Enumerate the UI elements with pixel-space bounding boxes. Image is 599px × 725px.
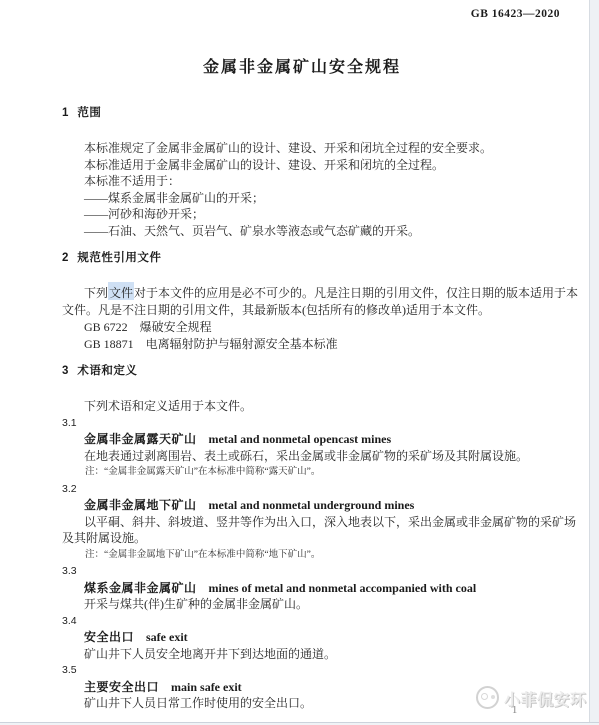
highlighted-text: 文件 bbox=[108, 286, 134, 300]
term-title-zh: 主要安全出口 bbox=[84, 680, 159, 694]
term-note: 注：“金属非金属露天矿山”在本标准中简称“露天矿山”。 bbox=[85, 464, 585, 481]
section-number: 3 bbox=[62, 365, 68, 377]
paragraph: 本标准适用于金属非金属矿山的设计、建设、开采和闭坑的全过程。 bbox=[62, 157, 585, 174]
section-heading: 3术语和定义 bbox=[62, 364, 585, 378]
reference-row: GB 18871电离辐射防护与辐射源安全基本标准 bbox=[84, 336, 585, 353]
list-item: ——煤系金属非金属矿山的开采； bbox=[62, 190, 585, 207]
term-definition: 矿山井下人员安全地离开井下到达地面的通道。 bbox=[62, 646, 585, 663]
term-block: 3.2 金属非金属地下矿山metal and nonmetal undergro… bbox=[62, 481, 585, 564]
paragraph: 下列文件对于本文件的应用是必不可少的。凡是注日期的引用文件，仅注日期的版本适用于… bbox=[62, 285, 585, 319]
term-number: 3.5 bbox=[62, 662, 585, 679]
reference-code: GB 6722 bbox=[84, 320, 128, 334]
term-number: 3.3 bbox=[62, 563, 585, 580]
term-number: 3.4 bbox=[62, 613, 585, 630]
term-block: 3.1 金属非金属露天矿山metal and nonmetal opencast… bbox=[62, 415, 585, 481]
list-item: ——河砂和海砂开采； bbox=[62, 206, 585, 223]
term-title: 金属非金属露天矿山metal and nonmetal opencast min… bbox=[84, 431, 585, 448]
paragraph: 本标准不适用于： bbox=[62, 173, 585, 190]
section-heading: 1范围 bbox=[62, 106, 585, 120]
reference-title: 电离辐射防护与辐射源安全基本标准 bbox=[146, 337, 338, 351]
term-title-en: metal and nonmetal underground mines bbox=[209, 498, 415, 512]
term-title-en: main safe exit bbox=[171, 680, 242, 694]
term-title: 煤系金属非金属矿山mines of metal and nonmetal acc… bbox=[84, 580, 585, 597]
section-heading-label: 规范性引用文件 bbox=[77, 252, 161, 264]
term-number: 3.1 bbox=[62, 415, 585, 432]
paragraph-text: 下列 bbox=[84, 286, 108, 300]
watermark-logo-icon bbox=[476, 686, 499, 709]
term-definition: 在地表通过剥离围岩、表土或砾石，采出金属或非金属矿物的采矿场及其附属设施。 bbox=[62, 448, 585, 465]
section-number: 2 bbox=[62, 252, 68, 264]
term-title-zh: 金属非金属地下矿山 bbox=[84, 498, 197, 512]
page-number: 1 bbox=[512, 705, 517, 716]
term-note: 注：“金属非金属地下矿山”在本标准中简称“地下矿山”。 bbox=[85, 547, 585, 564]
reference-code: GB 18871 bbox=[84, 337, 134, 351]
section-heading-label: 范围 bbox=[77, 107, 101, 119]
term-title: 金属非金属地下矿山metal and nonmetal underground … bbox=[84, 497, 585, 514]
watermark: 小菲侃安环 bbox=[476, 685, 588, 711]
section-number: 1 bbox=[62, 107, 68, 119]
section-terms-definitions: 3术语和定义 下列术语和定义适用于本文件。 3.1 金属非金属露天矿山metal… bbox=[62, 364, 585, 712]
standard-code: GB 16423—2020 bbox=[471, 8, 560, 20]
section-normative-references: 2规范性引用文件 下列文件对于本文件的应用是必不可少的。凡是注日期的引用文件，仅… bbox=[62, 251, 585, 352]
term-title-en: mines of metal and nonmetal accompanied … bbox=[209, 581, 477, 595]
page-right-edge bbox=[589, 0, 599, 725]
paragraph: 本标准规定了金属非金属矿山的设计、建设、开采和闭坑全过程的安全要求。 bbox=[62, 140, 585, 157]
section-heading-label: 术语和定义 bbox=[77, 365, 137, 377]
term-title-zh: 煤系金属非金属矿山 bbox=[84, 581, 197, 595]
list-item: ——石油、天然气、页岩气、矿泉水等液态或气态矿藏的开采。 bbox=[62, 223, 585, 240]
paragraph: 下列术语和定义适用于本文件。 bbox=[62, 398, 585, 415]
document-page: GB 16423—2020 金属非金属矿山安全规程 1范围 本标准规定了金属非金… bbox=[0, 0, 599, 725]
term-title: 安全出口safe exit bbox=[84, 629, 585, 646]
term-title-zh: 金属非金属露天矿山 bbox=[84, 432, 197, 446]
term-block: 3.3 煤系金属非金属矿山mines of metal and nonmetal… bbox=[62, 563, 585, 613]
term-block: 3.4 安全出口safe exit 矿山井下人员安全地离开井下到达地面的通道。 bbox=[62, 613, 585, 663]
document-title: 金属非金属矿山安全规程 bbox=[62, 54, 542, 77]
section-heading: 2规范性引用文件 bbox=[62, 251, 585, 265]
section-scope: 1范围 本标准规定了金属非金属矿山的设计、建设、开采和闭坑全过程的安全要求。 本… bbox=[62, 106, 585, 239]
term-definition: 开采与煤共(伴)生矿种的金属非金属矿山。 bbox=[62, 596, 585, 613]
term-number: 3.2 bbox=[62, 481, 585, 498]
term-title-en: metal and nonmetal opencast mines bbox=[209, 432, 392, 446]
reference-row: GB 6722爆破安全规程 bbox=[84, 319, 585, 336]
term-title-en: safe exit bbox=[146, 630, 188, 644]
reference-title: 爆破安全规程 bbox=[140, 320, 212, 334]
terms-list: 3.1 金属非金属露天矿山metal and nonmetal opencast… bbox=[62, 415, 585, 712]
term-title-zh: 安全出口 bbox=[84, 630, 134, 644]
paragraph-text: 对于本文件的应用是必不可少的。凡是注日期的引用文件，仅注日期的版本适用于本文件。… bbox=[62, 286, 578, 317]
term-definition: 以平硐、斜井、斜坡道、竖井等作为出入口，深入地表以下，采出金属或非金属矿物的采矿… bbox=[62, 514, 585, 547]
